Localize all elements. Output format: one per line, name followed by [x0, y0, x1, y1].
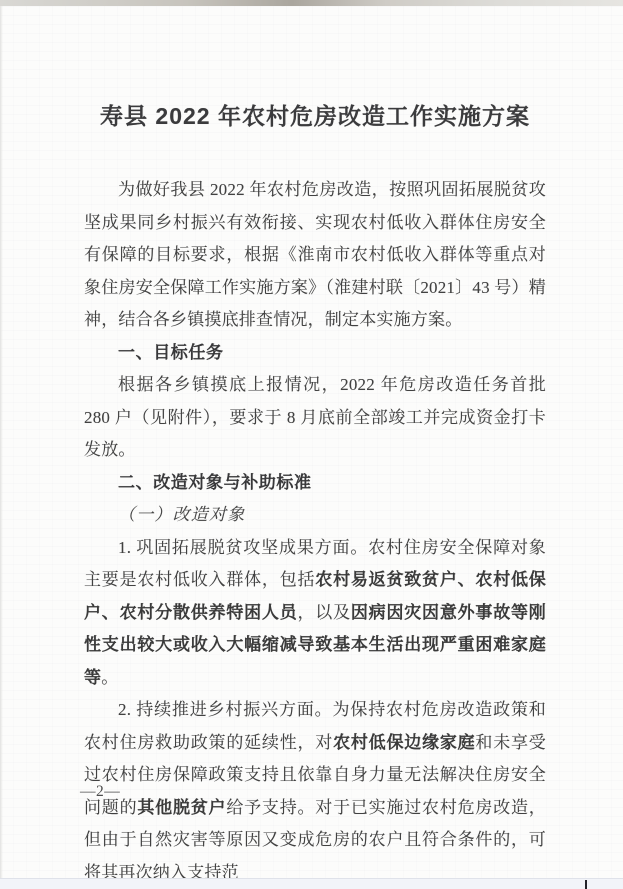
item1-tail: 。	[101, 668, 118, 687]
document-title: 寿县 2022 年农村危房改造工作实施方案	[84, 98, 546, 134]
section2-heading: 二、改造对象与补助标准	[84, 467, 546, 500]
scanned-document-page: 寿县 2022 年农村危房改造工作实施方案 为做好我县 2022 年农村危房改造…	[0, 0, 623, 889]
section1-heading: 一、目标任务	[84, 337, 546, 370]
section1-paragraph: 根据各乡镇摸底上报情况，2022 年危房改造任务首批 280 户（见附件），要求…	[84, 369, 546, 467]
item2-bold-marginal: 农村低保边缘家庭	[333, 733, 475, 752]
item2-bold-other: 其他脱贫户	[137, 798, 226, 817]
item2-paragraph: 2. 持续推进乡村振兴方面。为保持农村危房改造政策和农村住房救助政策的延续性，对…	[84, 694, 546, 889]
scan-edge-bottom	[0, 878, 623, 889]
document-content: 寿县 2022 年农村危房改造工作实施方案 为做好我县 2022 年农村危房改造…	[84, 0, 546, 889]
item1-paragraph: 1. 巩固拓展脱贫攻坚成果方面。农村住房安全保障对象主要是农村低收入群体，包括农…	[84, 532, 546, 695]
section2-subheading: （一）改造对象	[84, 499, 546, 532]
page-number: —2—	[80, 783, 120, 801]
scan-edge-top	[0, 0, 623, 6]
scan-edge-left	[0, 0, 3, 889]
intro-paragraph: 为做好我县 2022 年农村危房改造，按照巩固拓展脱贫攻坚成果同乡村振兴有效衔接…	[84, 174, 546, 337]
item1-mid: ，以及	[298, 603, 351, 622]
scan-artifact-tick	[585, 880, 587, 889]
intro-text: 为做好我县 2022 年农村危房改造，按照巩固拓展脱贫攻坚成果同乡村振兴有效衔接…	[84, 180, 546, 329]
section1-text: 根据各乡镇摸底上报情况，2022 年危房改造任务首批 280 户（见附件），要求…	[84, 375, 546, 459]
